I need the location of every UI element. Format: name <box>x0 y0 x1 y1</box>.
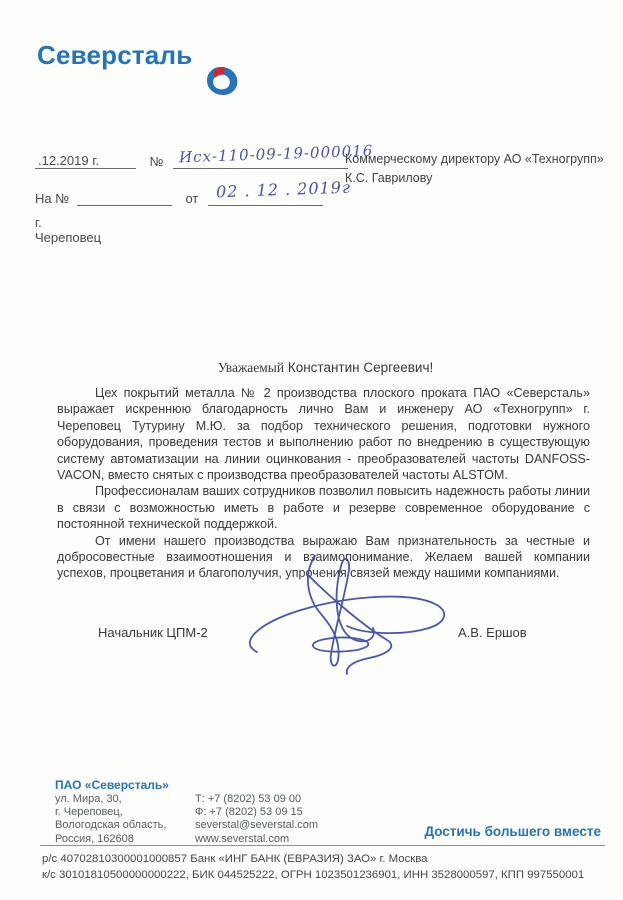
fax-line: Ф: +7 (8202) 53 09 15 <box>195 806 318 819</box>
website-line: www.severstal.com <box>195 833 318 846</box>
address-line: Вологодская область, <box>55 819 166 832</box>
number-label: № <box>150 154 164 169</box>
severstal-logo-text: Северсталь <box>37 40 192 70</box>
severstal-logo-icon <box>205 66 239 96</box>
address-line: Россия, 162608 <box>55 833 166 846</box>
addressee-block: Коммерческому директору АО «Техногрупп» … <box>345 150 604 188</box>
from-date-handwritten: 02 . 12 . 2019г <box>216 178 352 202</box>
paragraph-2: Профессионалам ваших сотрудников позволи… <box>57 483 590 532</box>
paragraph-1: Цех покрытий металла № 2 производства пл… <box>57 385 590 483</box>
date-printed: .12.2019 г. <box>35 153 136 169</box>
email-line: severstal@severstal.com <box>195 819 318 832</box>
phone-line: Т: +7 (8202) 53 09 00 <box>195 793 318 806</box>
address-line: ул. Мира, 30, <box>55 793 166 806</box>
addressee-line2: К.С. Гаврилову <box>345 169 604 188</box>
salutation-word: Уважаемый <box>218 360 284 375</box>
incoming-number-field <box>77 190 172 206</box>
from-label: от <box>185 191 198 206</box>
bank-line1: р/с 40702810300001000857 Банк «ИНГ БАНК … <box>42 852 584 868</box>
number-field: Исх-110-09-19-000016 <box>173 153 348 169</box>
footer-divider <box>40 845 605 846</box>
handwritten-signature <box>243 546 463 676</box>
footer-address: ул. Мира, 30, г. Череповец, Вологодская … <box>55 793 166 846</box>
addressee-line1: Коммерческому директору АО «Техногрупп» <box>345 150 604 169</box>
salutation: Уважаемый Константин Сергеевич! <box>0 360 623 376</box>
outgoing-number-row: .12.2019 г. № Исх-110-09-19-000016 <box>35 153 348 169</box>
letter-page: Северсталь .12.2019 г. № Исх-110-09-19-0… <box>0 0 623 900</box>
bank-line2: к/с 30101810500000000222, БИК 044525222,… <box>42 868 584 884</box>
from-date-field: 02 . 12 . 2019г <box>208 190 323 206</box>
salutation-rest: Константин Сергеевич! <box>284 360 433 375</box>
address-line: г. Череповец, <box>55 806 166 819</box>
footer-company-name: ПАО «Северсталь» <box>55 778 169 792</box>
city-line: г. Череповец <box>35 215 101 245</box>
severstal-logo: Северсталь <box>37 40 192 71</box>
on-number-label: На № <box>35 191 69 206</box>
bank-details: р/с 40702810300001000857 Банк «ИНГ БАНК … <box>42 852 584 883</box>
signer-position: Начальник ЦПМ-2 <box>98 625 208 640</box>
incoming-number-row: На № от 02 . 12 . 2019г <box>35 190 323 206</box>
signer-name: А.В. Ершов <box>458 625 527 640</box>
footer-contacts: Т: +7 (8202) 53 09 00 Ф: +7 (8202) 53 09… <box>195 793 318 846</box>
company-slogan: Достичь большего вместе <box>424 824 601 839</box>
